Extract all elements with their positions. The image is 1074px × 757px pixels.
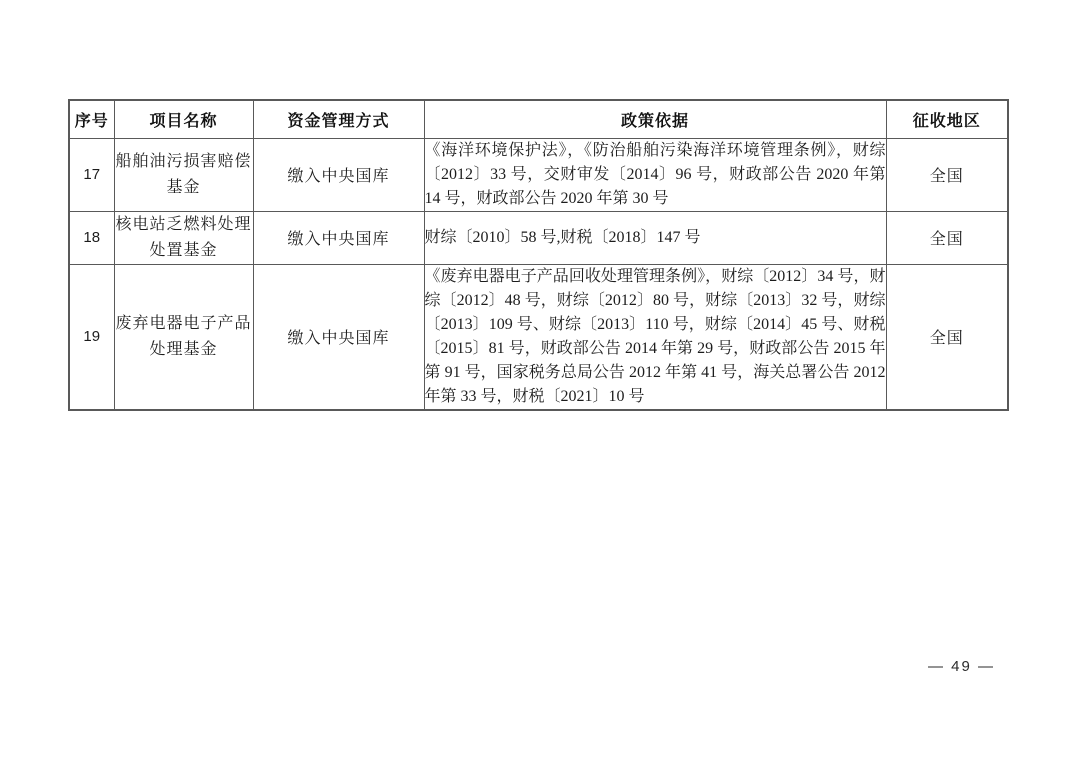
fund-management: 缴入中央国库 bbox=[253, 138, 424, 211]
table-row: 19 废弃电器电子产品处理基金 缴入中央国库 《废弃电器电子产品回收处理管理条例… bbox=[69, 264, 1008, 410]
funds-table: 序号 项目名称 资金管理方式 政策依据 征收地区 17 船舶油污损害赔偿基金 缴… bbox=[68, 99, 1009, 411]
row-num: 18 bbox=[69, 211, 114, 264]
fund-management: 缴入中央国库 bbox=[253, 211, 424, 264]
fund-region: 全国 bbox=[886, 264, 1008, 410]
fund-name: 船舶油污损害赔偿基金 bbox=[114, 138, 253, 211]
fund-management: 缴入中央国库 bbox=[253, 264, 424, 410]
document-page: 序号 项目名称 资金管理方式 政策依据 征收地区 17 船舶油污损害赔偿基金 缴… bbox=[0, 0, 1074, 757]
row-num: 19 bbox=[69, 264, 114, 410]
fund-region: 全国 bbox=[886, 138, 1008, 211]
fund-policy: 《海洋环境保护法》，《防治船舶污染海洋环境管理条例》，财综〔2012〕33 号，… bbox=[424, 138, 886, 211]
page-number: — 49 — bbox=[928, 658, 995, 675]
fund-name: 废弃电器电子产品处理基金 bbox=[114, 264, 253, 410]
header-name: 项目名称 bbox=[114, 100, 253, 138]
table-header-row: 序号 项目名称 资金管理方式 政策依据 征收地区 bbox=[69, 100, 1008, 138]
header-management: 资金管理方式 bbox=[253, 100, 424, 138]
table-row: 18 核电站乏燃料处理处置基金 缴入中央国库 财综〔2010〕58 号,财税〔2… bbox=[69, 211, 1008, 264]
header-policy: 政策依据 bbox=[424, 100, 886, 138]
fund-policy: 财综〔2010〕58 号,财税〔2018〕147 号 bbox=[424, 211, 886, 264]
header-region: 征收地区 bbox=[886, 100, 1008, 138]
fund-policy: 《废弃电器电子产品回收处理管理条例》，财综〔2012〕34 号，财综〔2012〕… bbox=[424, 264, 886, 410]
fund-name: 核电站乏燃料处理处置基金 bbox=[114, 211, 253, 264]
fund-region: 全国 bbox=[886, 211, 1008, 264]
table-row: 17 船舶油污损害赔偿基金 缴入中央国库 《海洋环境保护法》，《防治船舶污染海洋… bbox=[69, 138, 1008, 211]
row-num: 17 bbox=[69, 138, 114, 211]
header-num: 序号 bbox=[69, 100, 114, 138]
